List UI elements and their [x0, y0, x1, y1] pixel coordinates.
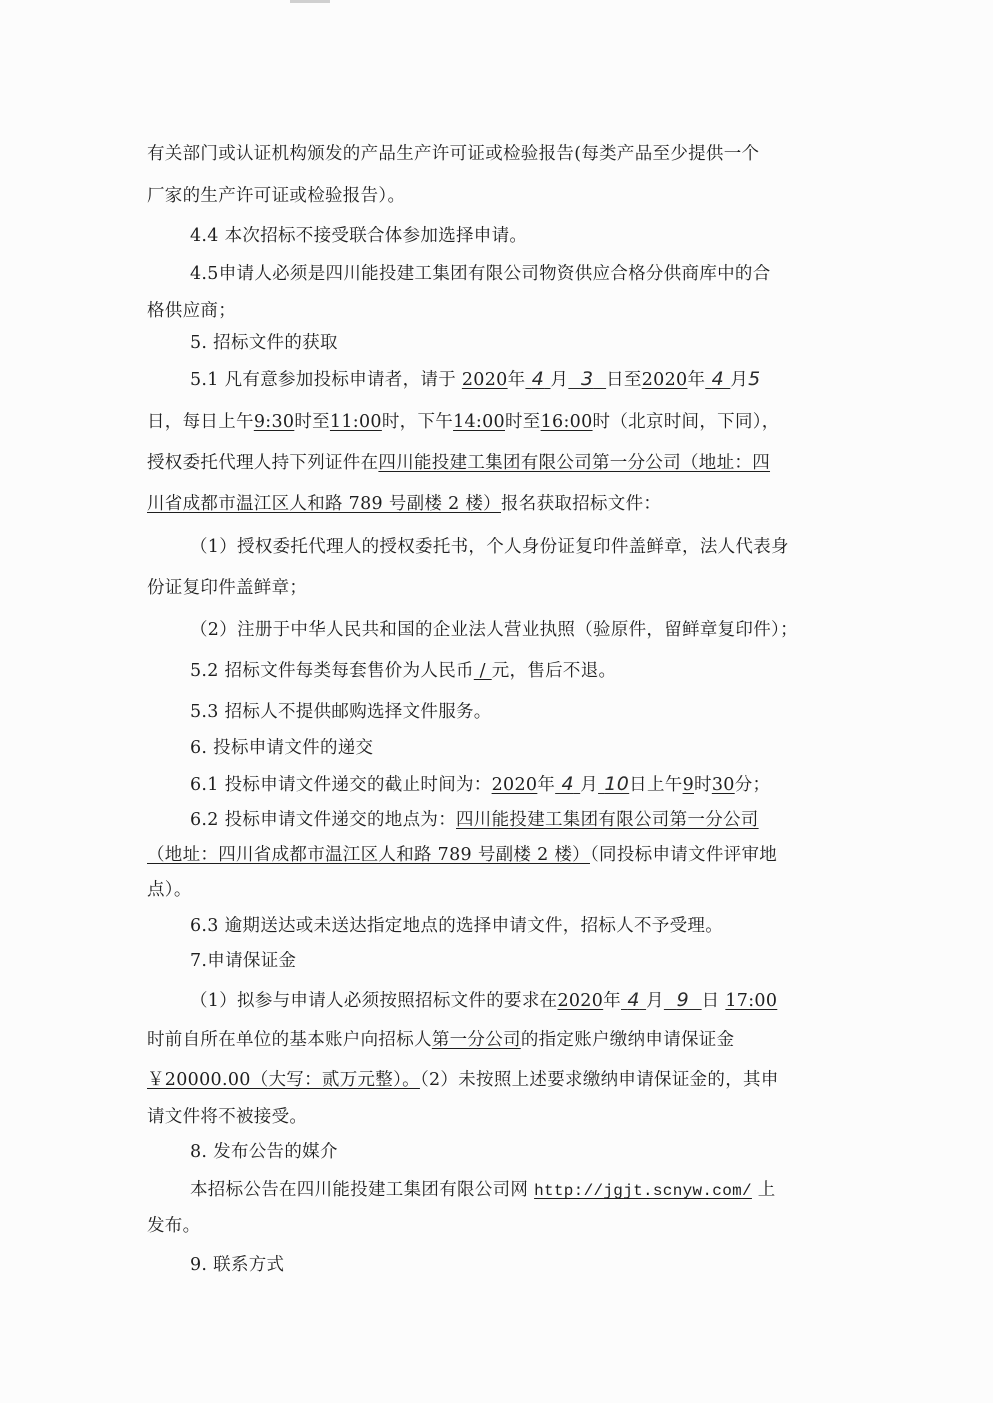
text: 日	[702, 991, 720, 1011]
paragraph-5-2: 5.2 招标文件每类每套售价为人民币 / 元，售后不退。	[190, 657, 616, 682]
paragraph-6-1: 6.1 投标申请文件递交的截止时间为：2020年 4 月 10日上午9时30分；	[190, 771, 770, 796]
paragraph-5-1-cont: 川省成都市温江区人和路 789 号副楼 2 楼）报名获取招标文件：	[147, 490, 661, 515]
section-8-title: 8. 发布公告的媒介	[190, 1138, 338, 1163]
text: 6.1 投标申请文件递交的截止时间为：	[190, 775, 492, 795]
text: 月	[580, 775, 598, 795]
text: 元，售后不退。	[492, 661, 617, 681]
section-6-title: 6. 投标申请文件的递交	[190, 734, 373, 759]
paragraph-6-2-cont: 点）。	[147, 876, 192, 901]
paragraph-5-1: 5.1 凡有意参加投标申请者，请于 2020年 4 月 3 日至2020年 4 …	[190, 366, 761, 391]
hour-field: 9	[683, 775, 694, 795]
list-item-1: （1）授权委托代理人的授权委托书，个人身份证复印件盖鲜章，法人代表身	[190, 533, 789, 558]
handwritten-month: 4	[555, 773, 580, 795]
handwritten-day: 9	[664, 989, 702, 1011]
time-field: 11:00	[330, 412, 382, 432]
paragraph-6-2: 6.2 投标申请文件递交的地点为：四川能投建工集团有限公司第一分公司	[190, 806, 759, 831]
list-item-1-cont: 份证复印件盖鲜章；	[147, 574, 307, 599]
handwritten-day: 10	[598, 773, 629, 795]
text: 年	[508, 370, 526, 390]
text: 时至	[294, 412, 330, 432]
text: 时	[694, 775, 712, 795]
address-field: 川省成都市温江区人和路 789 号副楼 2 楼）	[147, 494, 501, 514]
handwritten-month: 4	[525, 368, 550, 390]
section-7-title: 7.申请保证金	[190, 947, 296, 972]
handwritten-month: 4	[621, 989, 646, 1011]
paragraph-4-5-cont: 格供应商；	[147, 297, 236, 322]
paragraph-6-2-cont: （地址：四川省成都市温江区人和路 789 号副楼 2 楼）（同投标申请文件评审地	[147, 841, 777, 866]
time-field: 9:30	[254, 412, 295, 432]
paragraph-4-3-cont: 厂家的生产许可证或检验报告）。	[147, 182, 405, 207]
address-field: （地址：四川省成都市温江区人和路 789 号副楼 2 楼）	[147, 845, 590, 865]
paragraph-7-1-cont: 请文件将不被接受。	[147, 1103, 307, 1128]
paragraph-7-1: （1）拟参与申请人必须按照招标文件的要求在2020年 4 月 9 日 17:00	[190, 987, 777, 1012]
text: 5.2 招标文件每类每套售价为人民币	[190, 661, 474, 681]
time-field: 17:00	[725, 991, 777, 1011]
minute-field: 30	[712, 775, 735, 795]
paragraph-4-5: 4.5申请人必须是四川能投建工集团有限公司物资供应合格分供商库中的合	[190, 260, 771, 285]
text: （同投标申请文件评审地	[590, 845, 777, 865]
text: 报名获取招标文件：	[501, 494, 661, 514]
paragraph-5-3: 5.3 招标人不提供邮购选择文件服务。	[190, 698, 492, 723]
year-field: 2020	[557, 991, 603, 1011]
time-field: 16:00	[541, 412, 593, 432]
section-5-title: 5. 招标文件的获取	[190, 329, 338, 354]
text: 日，每日上午	[147, 412, 254, 432]
price-field: /	[474, 661, 492, 681]
text: 时至	[505, 412, 541, 432]
year-field: 2020	[462, 370, 508, 390]
text: （2）未按照上述要求缴纳申请保证金的，其申	[420, 1070, 779, 1090]
list-item-2: （2）注册于中华人民共和国的企业法人营业执照（验原件，留鲜章复印件）；	[190, 616, 798, 641]
text: 时（北京时间，下同），	[593, 412, 780, 432]
text: 5.1 凡有意参加投标申请者，请于	[190, 370, 456, 390]
time-field: 14:00	[453, 412, 505, 432]
section-9-title: 9. 联系方式	[190, 1251, 284, 1276]
text: 日上午	[629, 775, 682, 795]
website-link[interactable]: http://jgjt.scnyw.com/	[534, 1182, 752, 1200]
handwritten-day: 5	[748, 368, 760, 390]
location-field: 四川能投建工集团有限公司第一分公司	[456, 810, 759, 830]
branch-field: 第一分公司	[432, 1030, 521, 1050]
year-field: 2020	[492, 775, 538, 795]
scan-artifact	[290, 0, 330, 3]
paragraph-8-cont: 发布。	[147, 1212, 200, 1237]
paragraph-5-1-cont: 授权委托代理人持下列证件在四川能投建工集团有限公司第一分公司（地址：四	[147, 449, 770, 474]
text: 年	[603, 991, 621, 1011]
text: 授权委托代理人持下列证件在	[147, 453, 378, 473]
text: 月	[551, 370, 569, 390]
text: 月	[730, 370, 748, 390]
text: 分；	[735, 775, 771, 795]
text: 上	[758, 1180, 776, 1200]
paragraph-4-3-cont: 有关部门或认证机构颁发的产品生产许可证或检验报告(每类产品至少提供一个	[147, 140, 759, 165]
deposit-amount: ￥20000.00（大写：贰万元整）。	[147, 1070, 420, 1090]
paragraph-7-1-cont: ￥20000.00（大写：贰万元整）。（2）未按照上述要求缴纳申请保证金的，其申	[147, 1066, 779, 1091]
text: 时，下午	[382, 412, 453, 432]
handwritten-month: 4	[705, 368, 730, 390]
text: 月	[646, 991, 664, 1011]
year-field: 2020	[642, 370, 688, 390]
paragraph-6-3: 6.3 逾期送达或未送达指定地点的选择申请文件，招标人不予受理。	[190, 912, 723, 937]
text: 6.2 投标申请文件递交的地点为：	[190, 810, 456, 830]
text: 年	[537, 775, 555, 795]
paragraph-4-4: 4.4 本次招标不接受联合体参加选择申请。	[190, 222, 527, 247]
paragraph-8: 本招标公告在四川能投建工集团有限公司网 http://jgjt.scnyw.co…	[190, 1176, 776, 1201]
handwritten-day: 3	[568, 368, 606, 390]
address-field: 四川能投建工集团有限公司第一分公司（地址：四	[378, 453, 770, 473]
text: 时前自所在单位的基本账户向招标人	[147, 1030, 432, 1050]
scanned-document-page: 有关部门或认证机构颁发的产品生产许可证或检验报告(每类产品至少提供一个 厂家的生…	[0, 0, 993, 1403]
text: 的指定账户缴纳申请保证金	[521, 1030, 735, 1050]
paragraph-5-1-cont: 日，每日上午9:30时至11:00时，下午14:00时至16:00时（北京时间，…	[147, 408, 780, 433]
text: （1）拟参与申请人必须按照招标文件的要求在	[190, 991, 557, 1011]
paragraph-7-1-cont: 时前自所在单位的基本账户向招标人第一分公司的指定账户缴纳申请保证金	[147, 1026, 734, 1051]
text: 日至	[606, 370, 642, 390]
text: 年	[687, 370, 705, 390]
text: 本招标公告在四川能投建工集团有限公司网	[190, 1180, 528, 1200]
